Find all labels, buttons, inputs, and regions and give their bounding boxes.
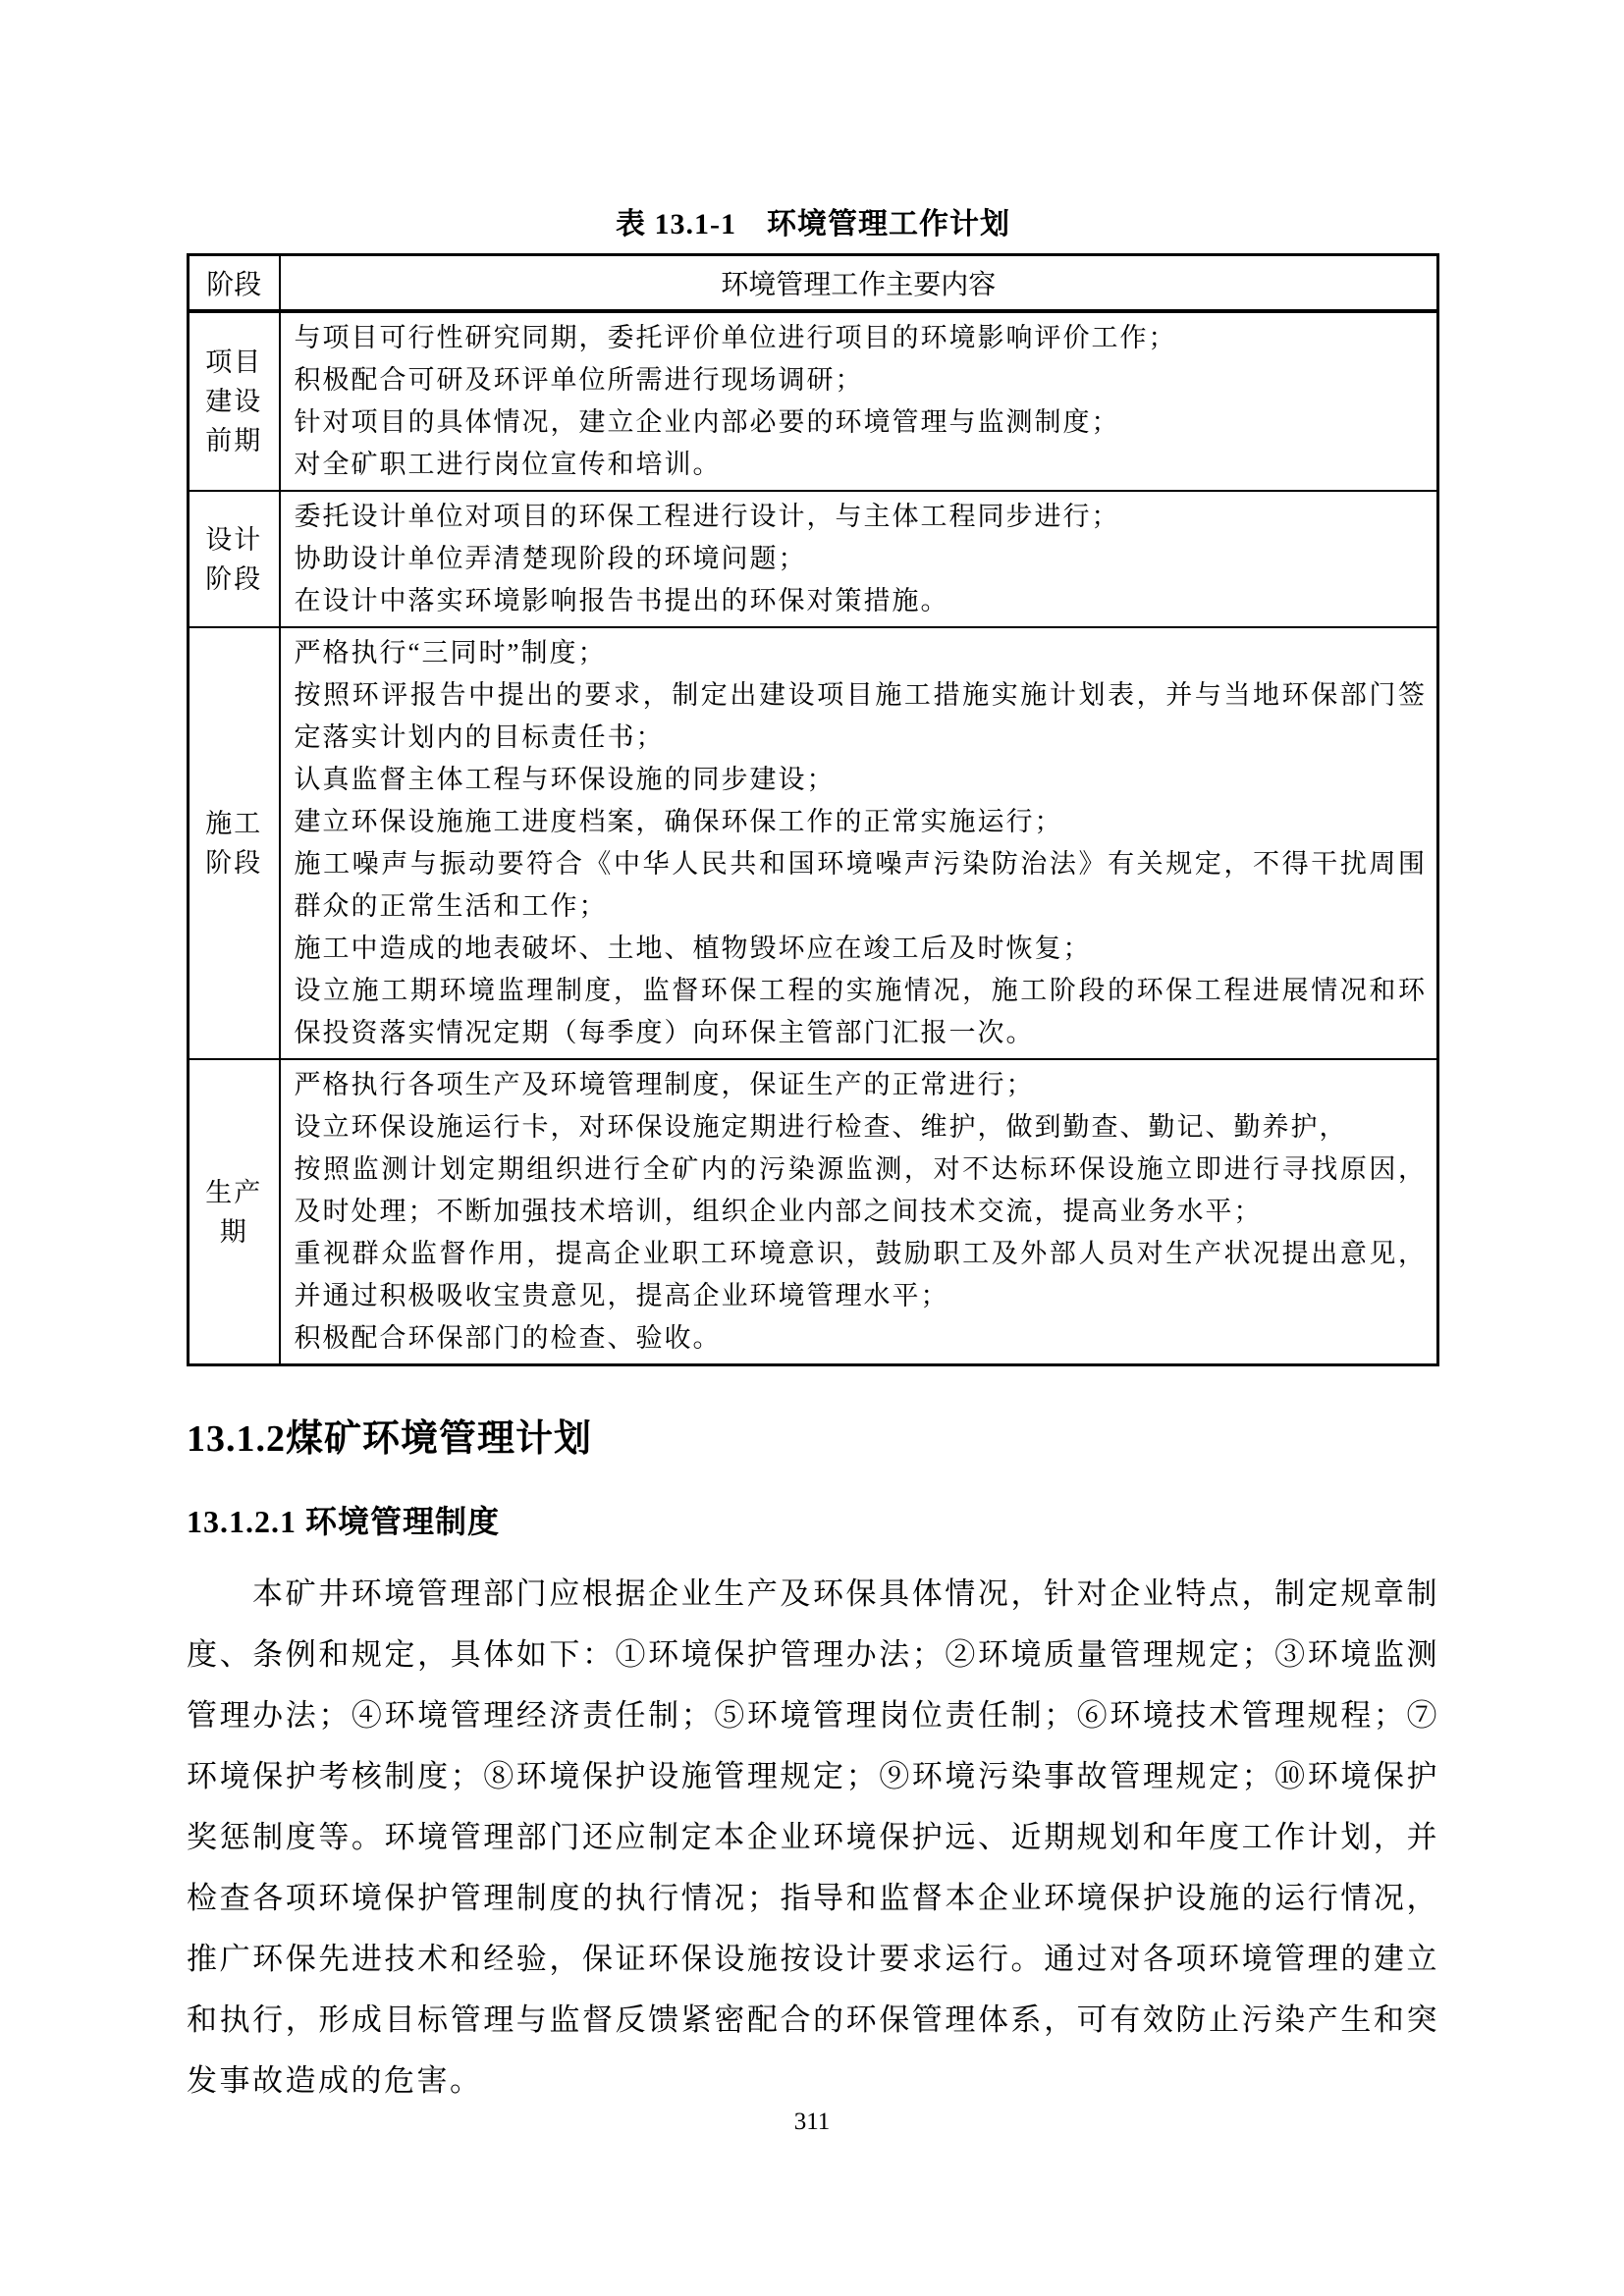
table-title: 表 13.1-1 环境管理工作计划 <box>187 199 1439 242</box>
table-header-stage: 阶段 <box>189 255 280 312</box>
table-row-construction-phase: 施工阶段 严格执行“三同时”制度； 按照环评报告中提出的要求，制定出建设项目施工… <box>189 627 1438 1059</box>
body-paragraph: 本矿井环境管理部门应根据企业生产及环保具体情况，针对企业特点，制定规章制度、条例… <box>187 1564 1439 2111</box>
subsection-heading: 13.1.2.1 环境管理制度 <box>187 1497 1439 1542</box>
table-header-row: 阶段 环境管理工作主要内容 <box>189 255 1438 312</box>
section-heading: 13.1.2煤矿环境管理计划 <box>187 1408 1439 1462</box>
stage-content: 委托设计单位对项目的环保工程进行设计，与主体工程同步进行； 协助设计单位弄清楚现… <box>280 491 1438 627</box>
stage-content: 严格执行“三同时”制度； 按照环评报告中提出的要求，制定出建设项目施工措施实施计… <box>280 627 1438 1059</box>
env-management-plan-table: 阶段 环境管理工作主要内容 项目建设前期 与项目可行性研究同期，委托评价单位进行… <box>187 253 1439 1366</box>
table-row-design-phase: 设计阶段 委托设计单位对项目的环保工程进行设计，与主体工程同步进行； 协助设计单… <box>189 491 1438 627</box>
table-row-construction-preliminary: 项目建设前期 与项目可行性研究同期，委托评价单位进行项目的环境影响评价工作； 积… <box>189 311 1438 491</box>
table-header-content: 环境管理工作主要内容 <box>280 255 1438 312</box>
stage-label: 项目建设前期 <box>189 311 280 491</box>
stage-content: 严格执行各项生产及环境管理制度，保证生产的正常进行； 设立环保设施运行卡，对环保… <box>280 1059 1438 1365</box>
stage-label: 设计阶段 <box>189 491 280 627</box>
stage-label: 生产期 <box>189 1059 280 1365</box>
page-number: 311 <box>0 2109 1624 2136</box>
stage-content: 与项目可行性研究同期，委托评价单位进行项目的环境影响评价工作； 积极配合可研及环… <box>280 311 1438 491</box>
document-page: 表 13.1-1 环境管理工作计划 阶段 环境管理工作主要内容 项目建设前期 与… <box>0 0 1624 2296</box>
stage-label: 施工阶段 <box>189 627 280 1059</box>
table-row-production-period: 生产期 严格执行各项生产及环境管理制度，保证生产的正常进行； 设立环保设施运行卡… <box>189 1059 1438 1365</box>
page-content: 表 13.1-1 环境管理工作计划 阶段 环境管理工作主要内容 项目建设前期 与… <box>187 199 1439 2111</box>
